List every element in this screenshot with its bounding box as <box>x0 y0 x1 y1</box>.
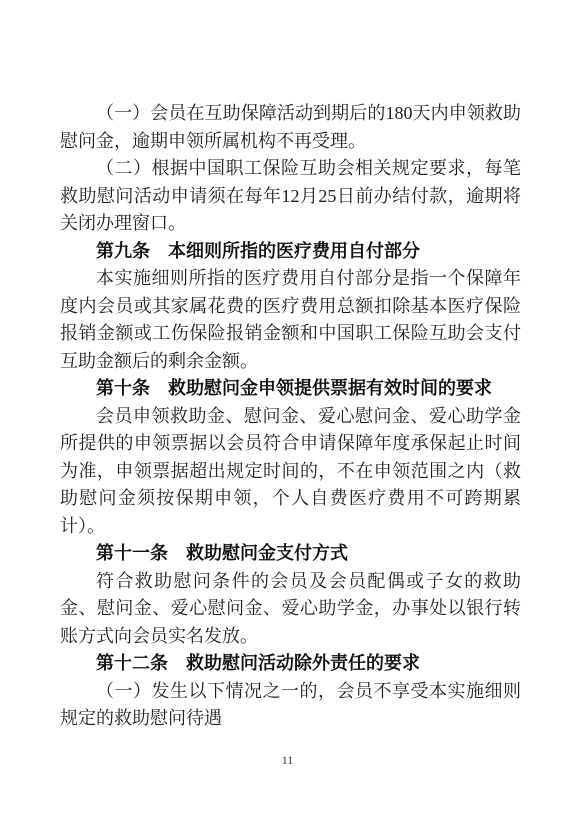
paragraph: 本实施细则所指的医疗费用自付部分是指一个保障年度内会员或其家属花费的医疗费用总额… <box>60 265 521 375</box>
paragraph: （二）根据中国职工保险互助会相关规定要求，每笔救助慰问活动申请须在每年12月25… <box>60 155 521 238</box>
paragraph: （一）发生以下情况之一的，会员不享受本实施细则规定的救助慰问待遇 <box>60 678 521 733</box>
paragraph: （一）会员在互助保障活动到期后的180天内申领救助慰问金，逾期申领所属机构不再受… <box>60 100 521 155</box>
paragraph: 符合救助慰问条件的会员及会员配偶或子女的救助金、慰问金、爱心慰问金、爱心助学金，… <box>60 568 521 651</box>
document-body: （一）会员在互助保障活动到期后的180天内申领救助慰问金，逾期申领所属机构不再受… <box>60 100 521 733</box>
paragraph: 会员申领救助金、慰问金、爱心慰问金、爱心助学金所提供的申领票据以会员符合申请保障… <box>60 403 521 541</box>
article-heading: 第十条 救助慰问金申领提供票据有效时间的要求 <box>60 375 521 403</box>
article-heading: 第九条 本细则所指的医疗费用自付部分 <box>60 238 521 266</box>
article-heading: 第十一条 救助慰问金支付方式 <box>60 540 521 568</box>
document-page: （一）会员在互助保障活动到期后的180天内申领救助慰问金，逾期申领所属机构不再受… <box>0 0 575 818</box>
article-heading: 第十二条 救助慰问活动除外责任的要求 <box>60 650 521 678</box>
page-number: 11 <box>0 752 575 768</box>
